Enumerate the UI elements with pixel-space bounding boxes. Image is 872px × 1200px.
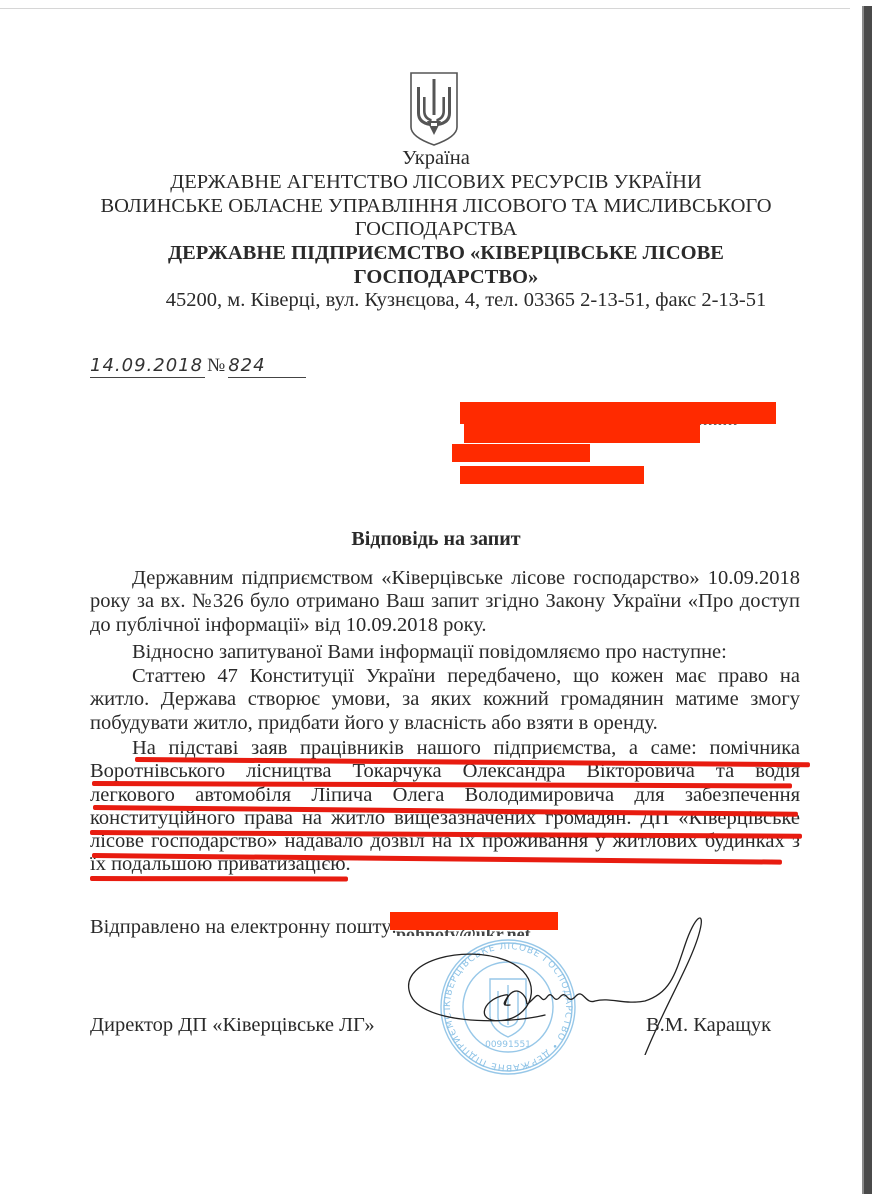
registration-line: 14.09.2018№824: [90, 355, 306, 378]
redaction-bar: [464, 424, 700, 443]
header-department-line1: ВОЛИНСЬКЕ ОБЛАСНЕ УПРАВЛІННЯ ЛІСОВОГО ТА…: [0, 195, 872, 218]
number-sign: №: [207, 355, 226, 376]
header-department-line2: ГОСПОДАРСТВА: [0, 218, 872, 241]
email-label: Відправлено на електронну пошту:: [90, 916, 397, 939]
paragraph-intro: Відносно запитуваної Вами інформації пов…: [90, 641, 800, 664]
header-agency: ДЕРЖАВНЕ АГЕНТСТВО ЛІСОВИХ РЕСУРСІВ УКРА…: [0, 171, 872, 194]
header-country: Україна: [0, 147, 872, 170]
signer-name: В.М. Каращук: [646, 1014, 771, 1037]
redaction-bar: [452, 444, 590, 462]
header-enterprise-line1: ДЕРЖАВНЕ ПІДПРИЄМСТВО «КІВЕРЦІВСЬКЕ ЛІСО…: [10, 242, 872, 265]
redaction-bar: [460, 402, 776, 424]
highlight-underline: [90, 876, 348, 881]
text-line: Державним підприємством «Ківерцівське лі…: [90, 567, 800, 590]
registration-number: 824: [228, 355, 306, 378]
paragraph-request-received: Державним підприємством «Ківерцівське лі…: [90, 567, 800, 637]
header-enterprise-line2: ГОСПОДАРСТВО»: [10, 266, 872, 289]
registration-date: 14.09.2018: [90, 355, 205, 378]
text-line: до публічної інформації» від 10.09.2018 …: [90, 614, 800, 637]
signer-position: Директор ДП «Ківерцівське ЛГ»: [90, 1014, 375, 1037]
text-line: Статтею 47 Конституції України передбаче…: [90, 665, 800, 688]
paragraph-constitution: Статтею 47 Конституції України передбаче…: [90, 665, 800, 735]
scan-top-edge: [0, 8, 850, 9]
text-line: року за вх. №326 було отримано Ваш запит…: [90, 590, 800, 613]
text-line: житло. Держава створює умови, за яких ко…: [90, 688, 800, 711]
redaction-bar: [460, 466, 644, 484]
text-line: побудувати житло, придбати його у власні…: [90, 712, 800, 735]
text-line: Відносно запитуваної Вами інформації пов…: [90, 641, 800, 664]
header-address: 45200, м. Ківерці, вул. Кузнєцова, 4, те…: [30, 289, 872, 312]
coat-of-arms-icon: [409, 71, 459, 147]
document-title: Відповідь на запит: [0, 528, 872, 551]
